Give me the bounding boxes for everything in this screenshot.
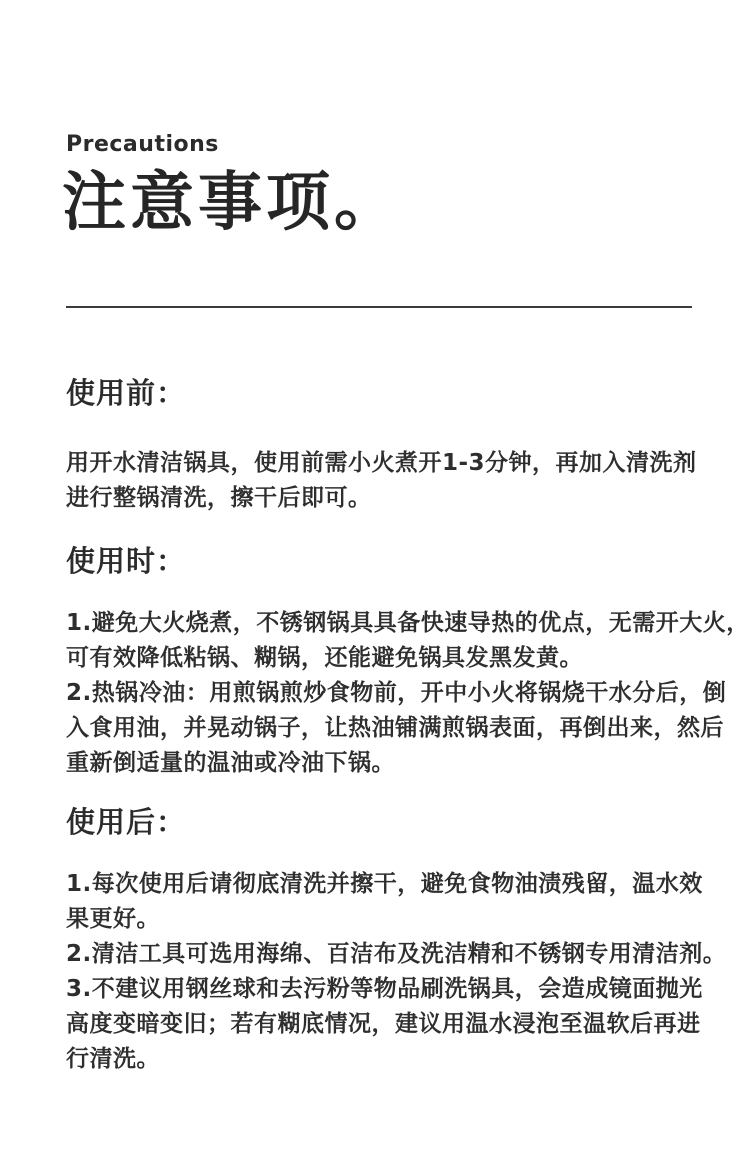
text-line: 果更好。 [66,902,710,937]
eyebrow-label: Precautions [66,0,710,158]
divider-line [66,306,692,308]
section-before-use-paragraph: 用开水清洁锅具，使用前需小火煮开1-3分钟，再加入清洗剂 进行整锅清洗，擦干后即… [66,446,710,516]
text-line: 行清洗。 [66,1042,710,1077]
section-after-use-heading: 使用后： [66,805,710,839]
text-line: 进行整锅清洗，擦干后即可。 [66,481,710,516]
section-before-use-heading: 使用前： [66,376,710,410]
text-line: 用开水清洁锅具，使用前需小火煮开1-3分钟，再加入清洗剂 [66,446,710,481]
text-line: 1.每次使用后请彻底清洗并擦干，避免食物油渍残留，温水效 [66,867,710,902]
section-during-use: 使用时： 1.避免大火烧煮，不锈钢锅具具备快速导热的优点，无需开大火， 可有效降… [66,544,710,781]
section-after-use-paragraph: 1.每次使用后请彻底清洗并擦干，避免食物油渍残留，温水效 果更好。 2.清洁工具… [66,867,710,1077]
text-line: 1.避免大火烧煮，不锈钢锅具具备快速导热的优点，无需开大火， [66,606,710,641]
text-line: 3.不建议用钢丝球和去污粉等物品刷洗锅具，会造成镜面抛光 [66,972,710,1007]
section-during-use-paragraph: 1.避免大火烧煮，不锈钢锅具具备快速导热的优点，无需开大火， 可有效降低粘锅、糊… [66,606,710,781]
section-before-use: 使用前： 用开水清洁锅具，使用前需小火煮开1-3分钟，再加入清洗剂 进行整锅清洗… [66,376,710,516]
text-line: 高度变暗变旧；若有糊底情况，建议用温水浸泡至温软后再进 [66,1007,710,1042]
text-line: 可有效降低粘锅、糊锅，还能避免锅具发黑发黄。 [66,641,710,676]
section-during-use-heading: 使用时： [66,544,710,578]
text-line: 2.清洁工具可选用海绵、百洁布及洗洁精和不锈钢专用清洁剂。 [66,937,710,972]
text-line: 重新倒适量的温油或冷油下锅。 [66,746,710,781]
page-content: Precautions 注意事项。 使用前： 用开水清洁锅具，使用前需小火煮开1… [0,0,750,1077]
section-after-use: 使用后： 1.每次使用后请彻底清洗并擦干，避免食物油渍残留，温水效 果更好。 2… [66,805,710,1077]
text-line: 2.热锅冷油：用煎锅煎炒食物前，开中小火将锅烧干水分后，倒 [66,676,710,711]
text-line: 入食用油，并晃动锅子，让热油铺满煎锅表面，再倒出来，然后 [66,711,710,746]
precautions-page: Precautions 注意事项。 使用前： 用开水清洁锅具，使用前需小火煮开1… [0,0,750,1166]
page-title: 注意事项。 [62,164,710,242]
